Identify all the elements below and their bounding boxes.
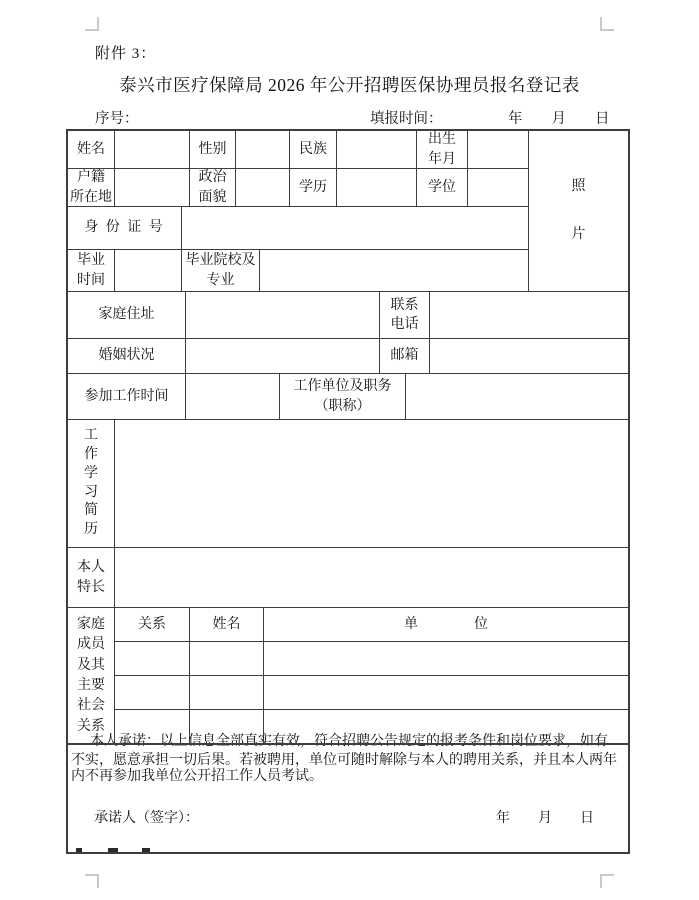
serial-number-label: 序号： [95,107,139,128]
id-number-value-cell[interactable] [182,207,528,249]
clipped-text-fragment [108,848,118,852]
email-label: 邮箱 [380,339,430,373]
family-table-row [115,676,628,710]
political-status-label: 政治 面貌 [190,169,236,206]
family-name-cell[interactable] [190,676,264,709]
graduation-school-major-value-cell[interactable] [260,250,528,291]
family-relation-header: 关系 [115,608,190,641]
work-start-time-value-cell[interactable] [186,374,280,419]
birth-date-value-cell[interactable] [468,131,528,168]
pledge-section: 本人承诺：以上信息全部真实有效，符合招聘公告规定的报考条件和岗位要求，如有 不实… [68,743,628,852]
household-registration-label: 户籍 所在地 [68,169,115,206]
table-row: 本人 特长 [68,548,628,608]
education-value-cell[interactable] [337,169,417,206]
gender-label: 性别 [190,131,236,168]
crop-mark-top-left-icon [85,17,99,31]
education-label: 学历 [290,169,337,206]
pledge-signature-line: 承诺人（签字）： 年 月 日 [68,811,628,827]
name-label: 姓名 [68,131,115,168]
home-address-label: 家庭住址 [68,292,186,338]
birth-date-label: 出生 年月 [417,131,468,168]
family-table-header-row: 关系 姓名 单 位 [115,608,628,642]
signer-label[interactable]: 承诺人（签字）： [94,811,199,827]
personal-strengths-value-cell[interactable] [115,548,628,607]
clipped-text-fragment [142,848,150,852]
table-row: 毕业 时间 毕业院校及 专业 [68,250,528,291]
table-row: 参加工作时间 工作单位及职务 （职称） [68,374,628,420]
degree-value-cell[interactable] [468,169,528,206]
family-unit-cell[interactable] [264,642,628,675]
sign-date-blanks[interactable]: 年 月 日 [496,811,594,827]
crop-mark-bottom-right-icon [600,874,614,888]
household-registration-value-cell[interactable] [115,169,190,206]
ethnicity-value-cell[interactable] [337,131,417,168]
contact-phone-label: 联系 电话 [380,292,430,338]
work-start-time-label: 参加工作时间 [68,374,186,419]
personal-info-section: 姓名 性别 民族 出生 年月 户籍 所在地 政治 面貌 学历 学位 [68,131,628,292]
document-page: 附件 3： 泰兴市医疗保障局 2026 年公开招聘医保协理员报名登记表 序号： … [0,0,699,900]
family-name-header: 姓名 [190,608,264,641]
table-row: 身 份 证 号 [68,207,528,250]
family-name-cell[interactable] [190,642,264,675]
work-unit-position-label: 工作单位及职务 （职称） [280,374,406,419]
page-title: 泰兴市医疗保障局 2026 年公开招聘医保协理员报名登记表 [0,72,699,97]
family-table-row [115,642,628,676]
ethnicity-label: 民族 [290,131,337,168]
personal-strengths-label: 本人 特长 [68,548,115,607]
marital-status-label: 婚姻状况 [68,339,186,373]
contact-phone-value-cell[interactable] [430,292,628,338]
pledge-line2: 不实，愿意承担一切后果。若被聘用，单位可随时解除与本人的聘用关系，并且本人两年 [71,753,625,769]
family-unit-cell[interactable] [264,676,628,709]
photo-placeholder-cell[interactable]: 照 片 [528,131,628,291]
id-number-label: 身 份 证 号 [68,207,182,249]
political-status-value-cell[interactable] [236,169,290,206]
table-row: 姓名 性别 民族 出生 年月 [68,131,528,169]
crop-mark-top-right-icon [600,17,614,31]
family-relation-cell[interactable] [115,642,190,675]
family-relation-cell[interactable] [115,676,190,709]
registration-form-table: 姓名 性别 民族 出生 年月 户籍 所在地 政治 面貌 学历 学位 [66,129,630,854]
degree-label: 学位 [417,169,468,206]
work-study-resume-value-cell[interactable] [115,420,628,547]
family-members-label: 家庭 成员 及其 主要 社会 关系 [68,608,115,744]
fill-time-date-blanks: 年 月 日 [508,107,610,128]
table-row: 户籍 所在地 政治 面貌 学历 学位 [68,169,528,207]
graduation-school-major-label: 毕业院校及 专业 [182,250,260,291]
email-value-cell[interactable] [430,339,628,373]
marital-status-value-cell[interactable] [186,339,380,373]
table-row: 婚姻状况 邮箱 [68,339,628,374]
family-unit-header: 单 位 [264,608,628,641]
work-unit-position-value-cell[interactable] [406,374,628,419]
pledge-line3: 内不再参加我单位公开招工作人员考试。 [71,769,625,785]
fill-time-label: 填报时间： [370,107,443,128]
home-address-value-cell[interactable] [186,292,380,338]
graduation-time-label: 毕业 时间 [68,250,115,291]
family-members-section: 家庭 成员 及其 主要 社会 关系 关系 姓名 单 位 [68,608,628,744]
work-study-resume-label: 工 作 学 习 简 历 [68,420,115,547]
name-value-cell[interactable] [115,131,190,168]
crop-mark-bottom-left-icon [85,874,99,888]
clipped-text-fragment [76,848,82,852]
attachment-label: 附件 3： [95,42,156,63]
meta-line: 序号： 填报时间： 年 月 日 [0,107,699,127]
gender-value-cell[interactable] [236,131,290,168]
graduation-time-value-cell[interactable] [115,250,182,291]
pledge-text: 不实，愿意承担一切后果。若被聘用，单位可随时解除与本人的聘用关系，并且本人两年 … [68,745,628,785]
table-row: 工 作 学 习 简 历 [68,420,628,548]
table-row: 家庭住址 联系 电话 [68,292,628,339]
